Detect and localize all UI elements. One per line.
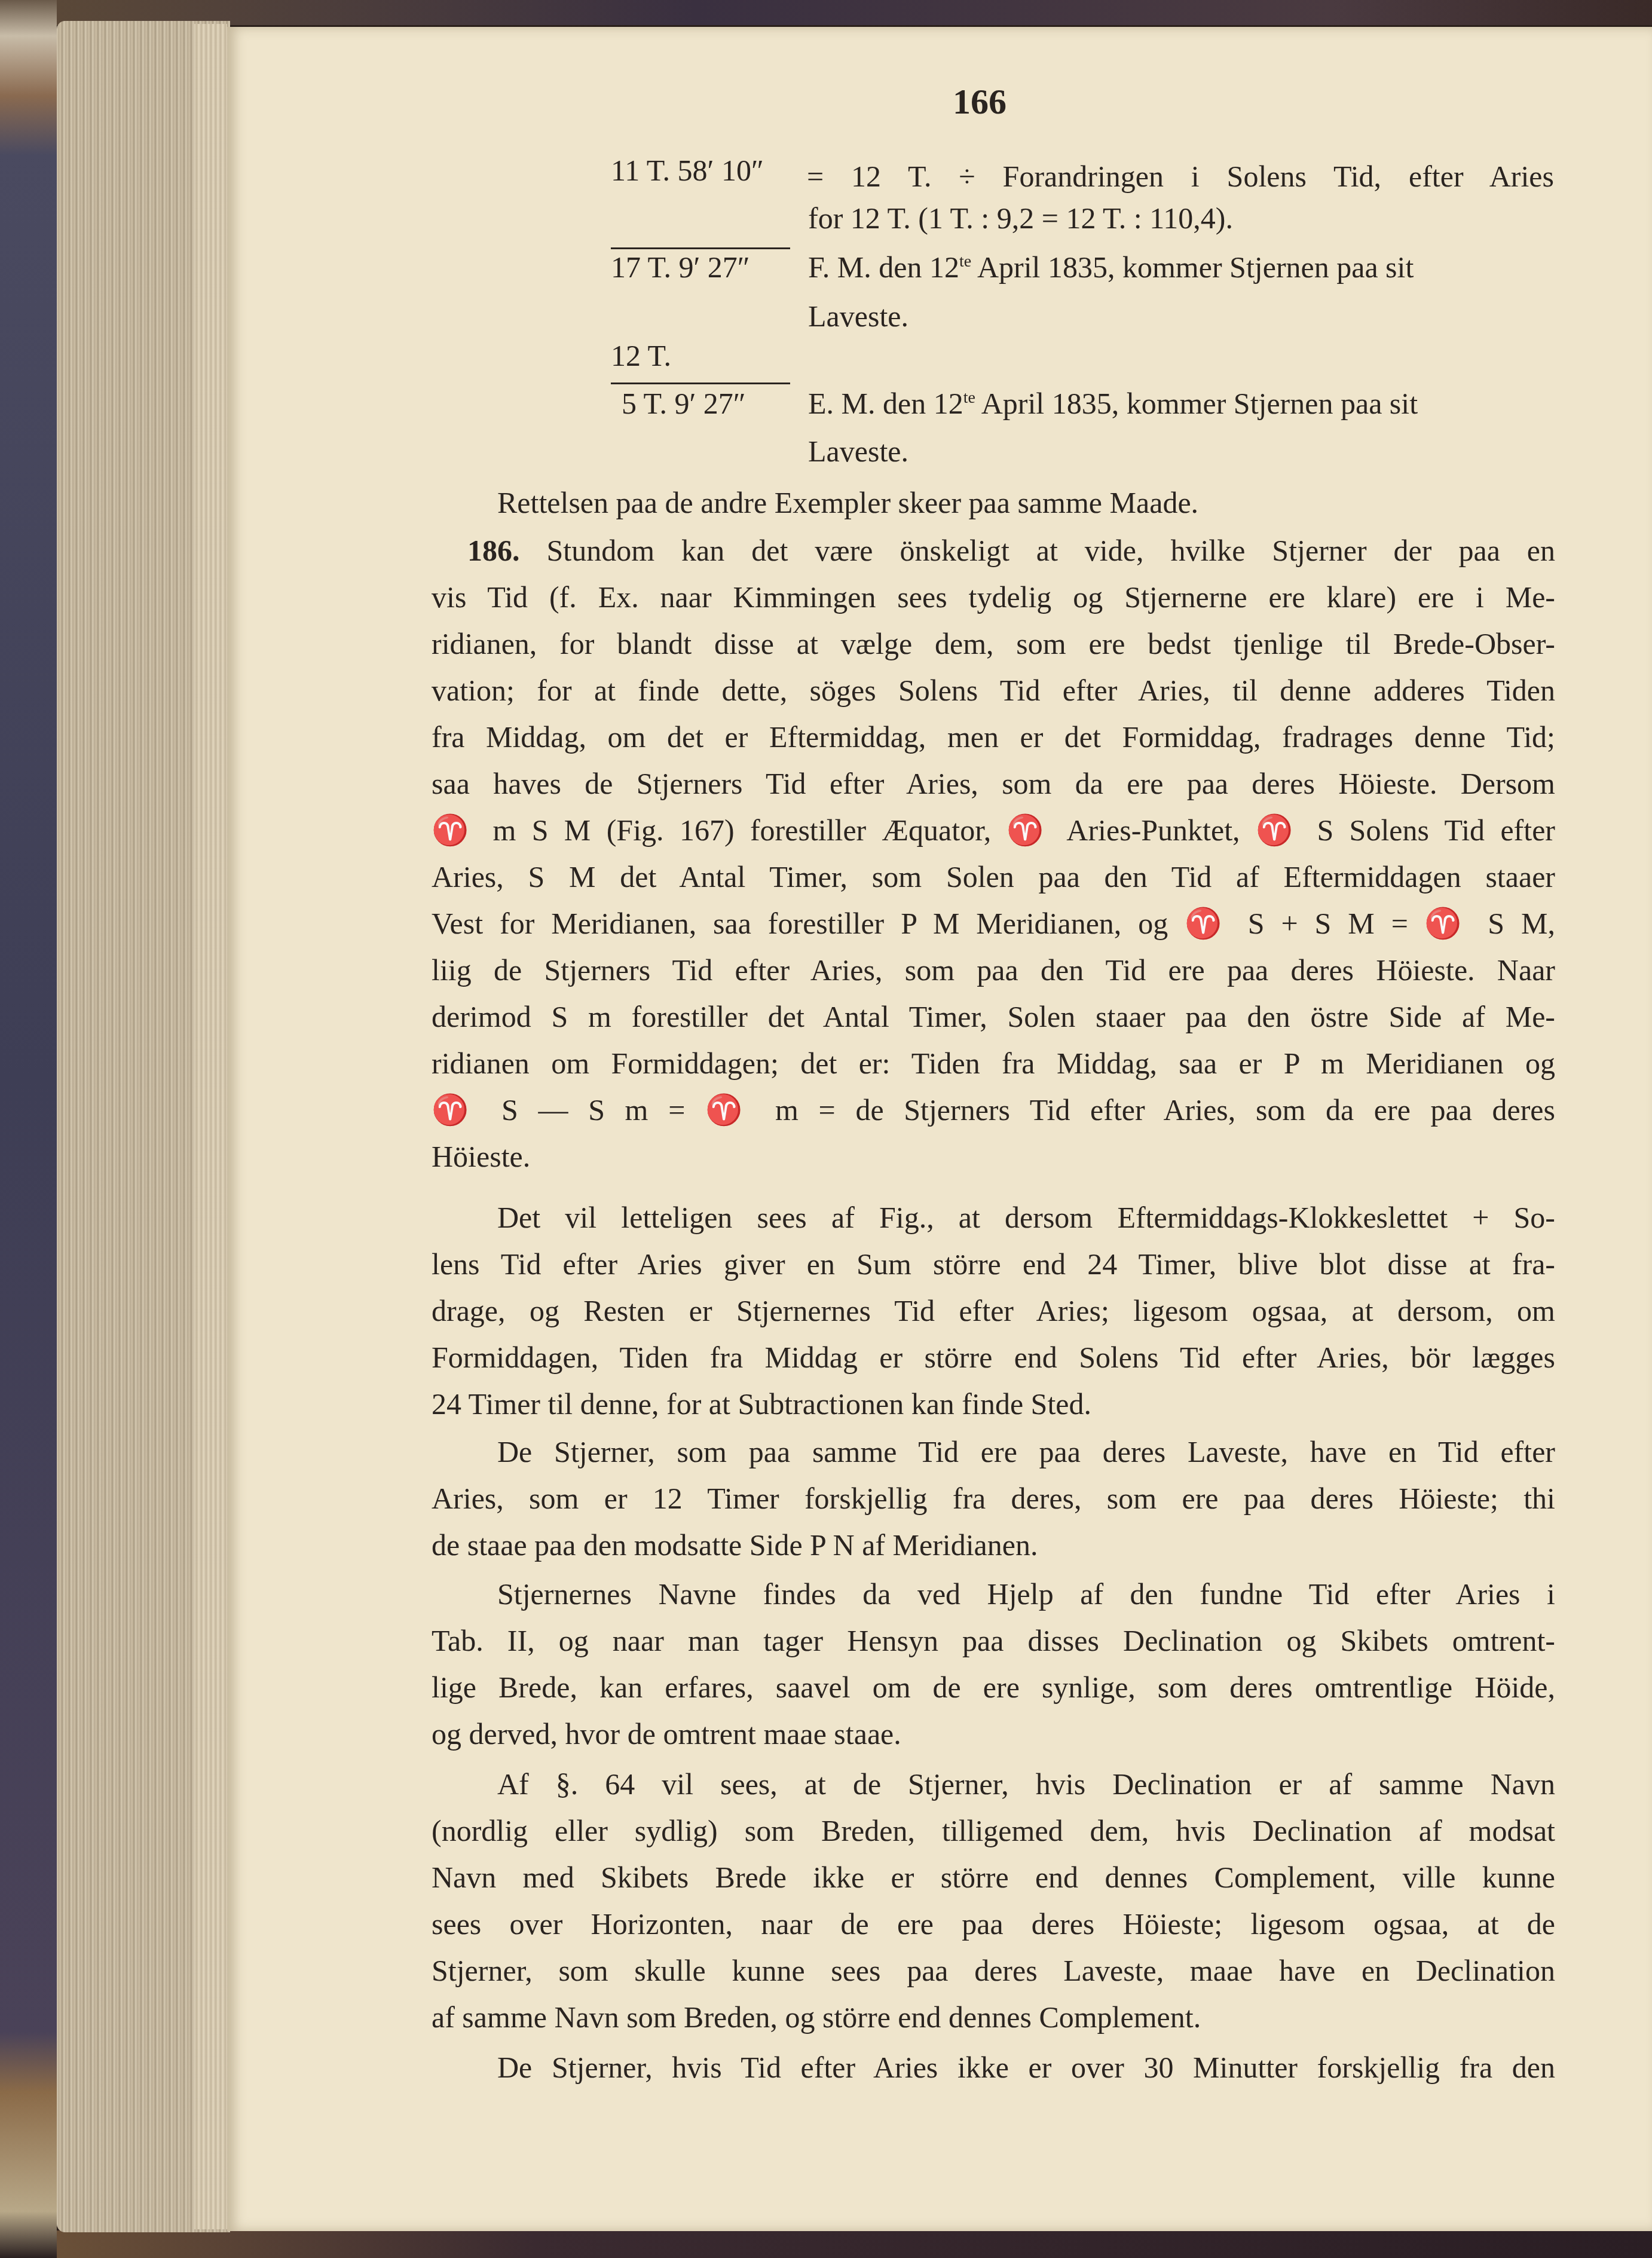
page-stack-inner-edges (194, 24, 227, 2229)
book-cover-bottom-edge (57, 2231, 1652, 2258)
paragraph-line: 24 Timer til denne, for at Subtractionen… (432, 1381, 1555, 1427)
section-186-line: derimod S m forestiller det Antal Timer,… (432, 993, 1555, 1040)
calc-row4-line2: Laveste. (808, 434, 908, 469)
paragraph-laveste: De Stjerner, som paa samme Tid ere paa d… (432, 1428, 1555, 1568)
calc-value-row2: 17 T. 9′ 27″ (611, 250, 750, 284)
paragraph-line: Det vil letteligen sees af Fig., at ders… (432, 1194, 1555, 1241)
paragraph-af64: Af §. 64 vil sees, at de Stjerner, hvis … (432, 1761, 1555, 2040)
calc-row2-line1: F. M. den 12te April 1835, kommer Stjern… (808, 250, 1414, 284)
paragraph-line: de staae paa den modsatte Side P N af Me… (432, 1522, 1555, 1568)
calc-value-row3: 12 T. (611, 338, 671, 373)
calc-value-row4: 5 T. 9′ 27″ (622, 386, 746, 421)
calc-row1-line2: for 12 T. (1 T. : 9,2 = 12 T. : 110,4). (808, 201, 1233, 235)
paragraph-line: Tab. II, og naar man tager Hensyn paa di… (432, 1617, 1555, 1664)
section-number: 186. (467, 534, 520, 567)
calc-text-row4: E. M. den 12te April 1835, kommer Stjern… (808, 386, 1418, 421)
calc-value-row1: 11 T. 58′ 10″ (611, 153, 764, 188)
section-186-line: Höieste. (432, 1133, 1555, 1180)
page-number: 166 (953, 81, 1007, 123)
section-186-line: vation; for at finde dette, söges Solens… (432, 667, 1555, 714)
rettelsen-paragraph: Rettelsen paa de andre Exempler skeer pa… (497, 485, 1198, 520)
paragraph-line: drage, og Resten er Stjernernes Tid efte… (432, 1287, 1555, 1334)
paragraph-line: Aries, som er 12 Timer forskjellig fra d… (432, 1475, 1555, 1522)
paragraph-fig: Det vil letteligen sees af Fig., at ders… (432, 1194, 1555, 1427)
section-186-line: Vest for Meridianen, saa forestiller P M… (432, 900, 1555, 947)
section-186: 186. Stundom kan det være önskeligt at v… (432, 527, 1555, 1180)
calc-text-row2: F. M. den 12te April 1835, kommer Stjern… (808, 250, 1554, 284)
section-186-line: Aries, S M det Antal Timer, som Solen pa… (432, 853, 1555, 900)
paragraph-line: og derved, hvor de omtrent maae staae. (432, 1711, 1555, 1757)
section-186-line: ridianen om Formiddagen; det er: Tiden f… (432, 1040, 1555, 1087)
paragraph-line: sees over Horizonten, naar de ere paa de… (432, 1901, 1555, 1947)
paragraph-line: (nordlig eller sydlig) som Breden, tilli… (432, 1807, 1555, 1854)
paragraph-line: Af §. 64 vil sees, at de Stjerner, hvis … (432, 1761, 1555, 1807)
section-186-line: ♈ S — S m = ♈ m = de Stjerners Tid efter… (432, 1087, 1555, 1133)
paragraph-line: lens Tid efter Aries giver en Sum större… (432, 1241, 1555, 1287)
calc-row2-line2: Laveste. (808, 299, 908, 334)
section-186-line: ♈ m S M (Fig. 167) forestiller Æquator, … (432, 807, 1555, 853)
section-186-line: fra Middag, om det er Eftermiddag, men e… (432, 714, 1555, 760)
book-cover-top-edge (57, 0, 1652, 25)
section-186-line: 186. Stundom kan det være önskeligt at v… (432, 527, 1555, 574)
section-186-line: ridianen, for blandt disse at vælge dem,… (432, 620, 1555, 667)
section-186-line: liig de Stjerners Tid efter Aries, som p… (432, 947, 1555, 993)
paragraph-line: Navn med Skibets Brede ikke er större en… (432, 1854, 1555, 1901)
paragraph-line: af samme Navn som Breden, og större end … (432, 1994, 1555, 2040)
book-binding-edge (0, 0, 57, 2258)
paragraph-line: Stjernernes Navne findes da ved Hjelp af… (432, 1571, 1555, 1617)
calc-row1-line1: = 12 T. ÷ Forandringen i Solens Tid, eft… (807, 153, 1554, 200)
paragraph-line: Formiddagen, Tiden fra Middag er större … (432, 1334, 1555, 1381)
calc-text-row1: = 12 T. ÷ Forandringen i Solens Tid, eft… (807, 153, 1554, 200)
calc-row4-line1: E. M. den 12te April 1835, kommer Stjern… (808, 387, 1418, 420)
paragraph-line: De Stjerner, hvis Tid efter Aries ikke e… (432, 2044, 1555, 2091)
calc-rule-2 (611, 383, 790, 384)
calc-rule-1 (611, 247, 790, 249)
paragraph-line: lige Brede, kan erfares, saavel om de er… (432, 1664, 1555, 1711)
section-186-line: vis Tid (f. Ex. naar Kimmingen sees tyde… (432, 574, 1555, 620)
paragraph-line: De Stjerner, som paa samme Tid ere paa d… (432, 1428, 1555, 1475)
paragraph-line: Stjerner, som skulle kunne sees paa dere… (432, 1947, 1555, 1994)
section-186-line: saa haves de Stjerners Tid efter Aries, … (432, 760, 1555, 807)
paragraph-navne: Stjernernes Navne findes da ved Hjelp af… (432, 1571, 1555, 1757)
paragraph-last: De Stjerner, hvis Tid efter Aries ikke e… (432, 2044, 1555, 2091)
